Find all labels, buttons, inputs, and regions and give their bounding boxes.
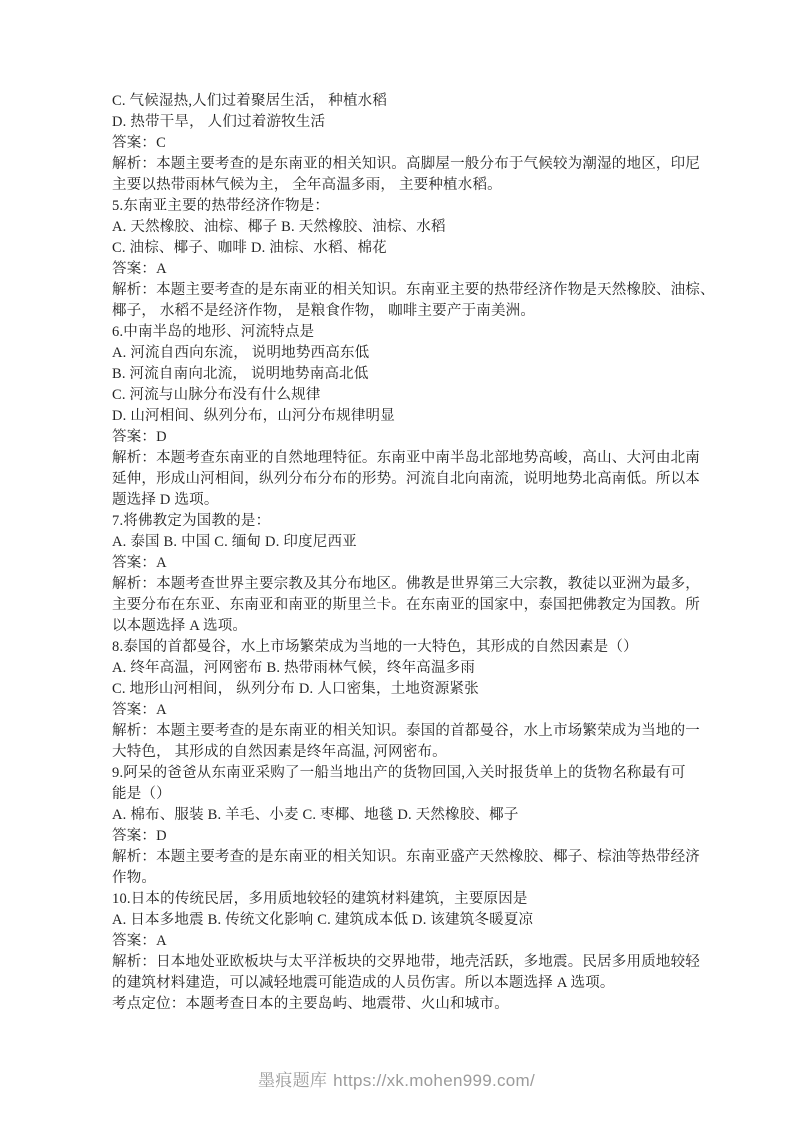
text-line: 大特色， 其形成的自然因素是终年高温, 河网密布。 <box>112 742 687 763</box>
document-page: C. 气候湿热,人们过着聚居生活， 种植水稻D. 热带干旱， 人们过着游牧生活答… <box>0 0 793 1122</box>
text-line: 8.泰国的首都曼谷，水上市场繁荣成为当地的一大特色，其形成的自然因素是（） <box>112 637 687 658</box>
text-line: 解析：本题考查世界主要宗教及其分布地区。佛教是世界第三大宗教，教徒以亚洲为最多， <box>112 574 687 595</box>
footer-watermark: 墨痕题库https://xk.mohen999.com/ <box>0 1066 793 1091</box>
text-line: C. 气候湿热,人们过着聚居生活， 种植水稻 <box>112 91 687 112</box>
text-line: C. 地形山河相间， 纵列分布 D. 人口密集，土地资源紧张 <box>112 679 687 700</box>
text-line: A. 泰国 B. 中国 C. 缅甸 D. 印度尼西亚 <box>112 532 687 553</box>
text-line: 主要分布在东亚、东南亚和南亚的斯里兰卡。在东南亚的国家中，泰国把佛教定为国教。所 <box>112 595 687 616</box>
text-line: 解析：本题考查东南亚的自然地理特征。东南亚中南半岛北部地势高峻，高山、大河由北南 <box>112 448 687 469</box>
text-line: D. 热带干旱， 人们过着游牧生活 <box>112 112 687 133</box>
text-line: 以本题选择 A 选项。 <box>112 616 687 637</box>
text-line: A. 日本多地震 B. 传统文化影响 C. 建筑成本低 D. 该建筑冬暖夏凉 <box>112 910 687 931</box>
text-line: 作物。 <box>112 868 687 889</box>
text-line: 解析：日本地处亚欧板块与太平洋板块的交界地带，地壳活跃，多地震。民居多用质地较轻 <box>112 952 687 973</box>
text-line: 考点定位：本题考查日本的主要岛屿、地震带、火山和城市。 <box>112 994 687 1015</box>
text-line: 答案：A <box>112 553 687 574</box>
text-line: 6.中南半岛的地形、河流特点是 <box>112 322 687 343</box>
text-line: 答案：A <box>112 259 687 280</box>
text-line: 答案：D <box>112 427 687 448</box>
text-line: B. 河流自南向北流， 说明地势南高北低 <box>112 364 687 385</box>
text-line: 答案：D <box>112 826 687 847</box>
text-line: 7.将佛教定为国教的是： <box>112 511 687 532</box>
text-line: 能是（） <box>112 784 687 805</box>
text-line: 的建筑材料建造，可以减轻地震可能造成的人员伤害。所以本题选择 A 选项。 <box>112 973 687 994</box>
text-line: 答案：A <box>112 931 687 952</box>
text-line: D. 山河相间、纵列分布，山河分布规律明显 <box>112 406 687 427</box>
document-text-block: C. 气候湿热,人们过着聚居生活， 种植水稻D. 热带干旱， 人们过着游牧生活答… <box>112 91 687 1015</box>
text-line: 9.阿呆的爸爸从东南亚采购了一船当地出产的货物回国,入关时报货单上的货物名称最有… <box>112 763 687 784</box>
footer-url: https://xk.mohen999.com/ <box>333 1071 535 1091</box>
text-line: A. 终年高温，河网密布 B. 热带雨林气候，终年高温多雨 <box>112 658 687 679</box>
text-line: 延伸，形成山河相间，纵列分布分布的形势。河流自北向南流，说明地势北高南低。所以本 <box>112 469 687 490</box>
text-line: A. 天然橡胶、油棕、椰子 B. 天然橡胶、油棕、水稻 <box>112 217 687 238</box>
text-line: 题选择 D 选项。 <box>112 490 687 511</box>
text-line: 解析：本题主要考查的是东南亚的相关知识。泰国的首都曼谷，水上市场繁荣成为当地的一 <box>112 721 687 742</box>
text-line: 10.日本的传统民居，多用质地较轻的建筑材料建筑，主要原因是 <box>112 889 687 910</box>
footer-site-name: 墨痕题库 <box>258 1066 327 1091</box>
text-line: 椰子， 水稻不是经济作物， 是粮食作物， 咖啡主要产于南美洲。 <box>112 301 687 322</box>
text-line: 解析：本题主要考查的是东南亚的相关知识。高脚屋一般分布于气候较为潮湿的地区，印尼 <box>112 154 687 175</box>
text-line: 答案：C <box>112 133 687 154</box>
text-line: C. 河流与山脉分布没有什么规律 <box>112 385 687 406</box>
text-line: A. 棉布、服装 B. 羊毛、小麦 C. 枣椰、地毯 D. 天然橡胶、椰子 <box>112 805 687 826</box>
text-line: 答案：A <box>112 700 687 721</box>
text-line: 5.东南亚主要的热带经济作物是： <box>112 196 687 217</box>
text-line: 主要以热带雨林气候为主， 全年高温多雨， 主要种植水稻。 <box>112 175 687 196</box>
text-line: A. 河流自西向东流， 说明地势西高东低 <box>112 343 687 364</box>
text-line: 解析：本题主要考查的是东南亚的相关知识。东南亚盛产天然橡胶、椰子、棕油等热带经济 <box>112 847 687 868</box>
text-line: C. 油棕、椰子、咖啡 D. 油棕、水稻、棉花 <box>112 238 687 259</box>
text-line: 解析：本题主要考查的是东南亚的相关知识。东南亚主要的热带经济作物是天然橡胶、油棕… <box>112 280 687 301</box>
